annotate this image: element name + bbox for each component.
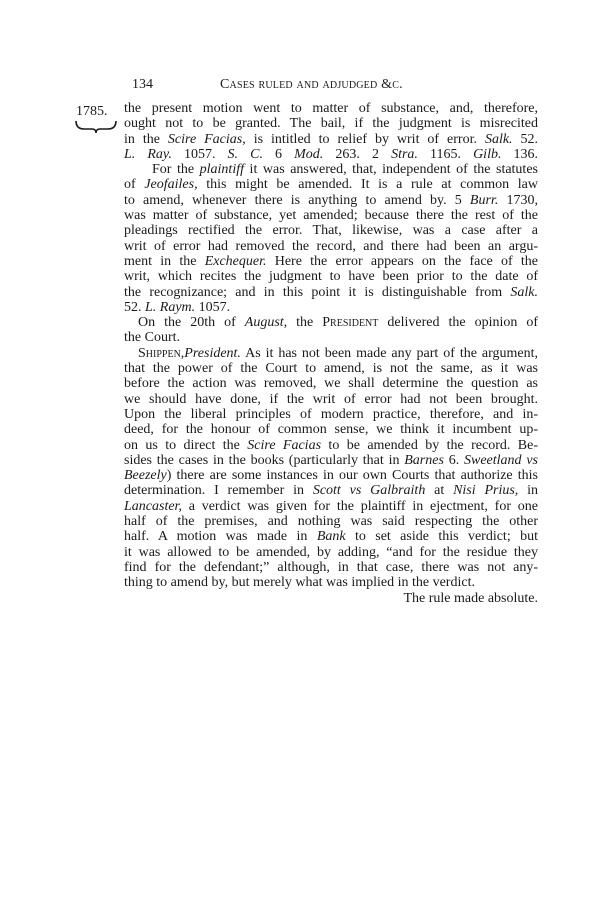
text-line: find for the defendant;” although, in th…	[124, 560, 538, 575]
text-line: sides the cases in the books (particular…	[124, 453, 538, 468]
text-line: thing to amend by, but merely what was i…	[124, 575, 538, 590]
margin-brace-icon	[74, 120, 118, 134]
page-header: 134 Cases ruled and adjudged &c.	[118, 77, 538, 97]
paragraph-start: On the 20th of August, the President del…	[124, 315, 538, 330]
document-body: the present motion went to matter of sub…	[124, 101, 538, 606]
closing-line: The rule made absolute.	[124, 591, 538, 606]
page-number: 134	[132, 77, 153, 93]
text-line: Lancaster, a verdict was given for the p…	[124, 499, 538, 514]
text-line: the recognizance; and in this point it i…	[124, 285, 538, 300]
text-line: writ, which recites the judgment to have…	[124, 269, 538, 284]
text-line: we should have done, if the writ of erro…	[124, 392, 538, 407]
paragraph-start: For the plaintiff it was answered, that,…	[124, 162, 538, 177]
text-line: half. A motion was made in Bank to set a…	[124, 529, 538, 544]
paragraph-start: Shippen,President. As it has not been ma…	[124, 346, 538, 361]
margin-year-note: 1785.	[76, 104, 108, 120]
text-line: on us to direct the Scire Facias to be a…	[124, 438, 538, 453]
text-line: it was allowed to be amended, by adding,…	[124, 545, 538, 560]
text-line: was matter of substance, yet amended; be…	[124, 208, 538, 223]
text-line: before the action was removed, we shall …	[124, 376, 538, 391]
text-line: that the power of the Court to amend, is…	[124, 361, 538, 376]
text-line: 52. L. Raym. 1057.	[124, 300, 538, 315]
text-line: the Court.	[124, 330, 538, 345]
running-head: Cases ruled and adjudged &c.	[220, 77, 403, 93]
text-line: half of the premises, and nothing was sa…	[124, 514, 538, 529]
text-line: Upon the liberal principles of modern pr…	[124, 407, 538, 422]
text-line: to amend, whenever there is anything to …	[124, 193, 538, 208]
text-line: writ of error had removed the record, an…	[124, 239, 538, 254]
text-line: deed, for the honour of common sense, we…	[124, 422, 538, 437]
text-line: ment in the Exchequer. Here the error ap…	[124, 254, 538, 269]
text-line: determination. I remember in Scott vs Ga…	[124, 483, 538, 498]
text-line: the present motion went to matter of sub…	[124, 101, 538, 116]
text-line: Beezely) there are some instances in our…	[124, 468, 538, 483]
text-line: in the Scire Facias, is intitled to reli…	[124, 132, 538, 147]
text-line: ought not to be granted. The bail, if th…	[124, 116, 538, 131]
text-line: L. Ray. 1057. S. C. 6 Mod. 263. 2 Stra. …	[124, 147, 538, 162]
text-line: pleadings rectified the error. That, lik…	[124, 223, 538, 238]
text-line: of Jeofailes, this might be amended. It …	[124, 177, 538, 192]
